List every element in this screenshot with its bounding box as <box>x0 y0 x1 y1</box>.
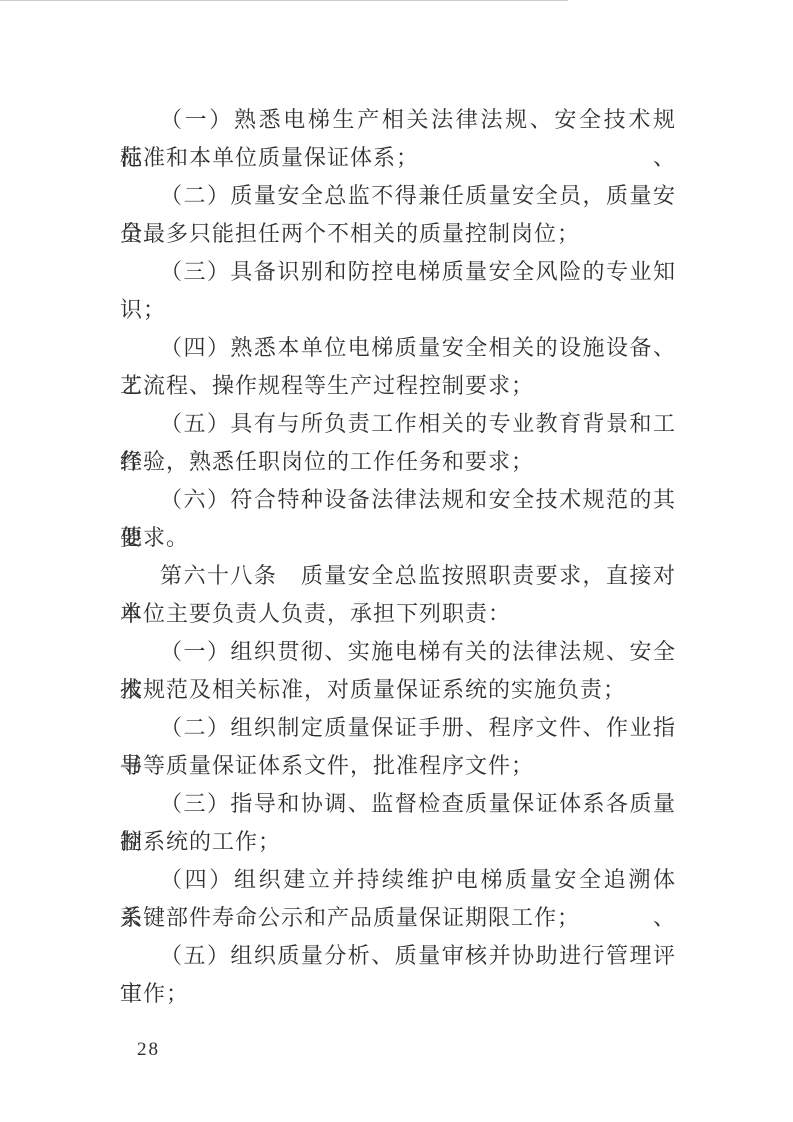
document-page: { "page": { "background": "#ffffff", "te… <box>0 0 793 1122</box>
text-line: 识； <box>120 291 676 329</box>
page-number: 28 <box>137 1036 160 1064</box>
text-line: （五）组织质量分析、质量审核并协助进行管理评审 <box>120 937 676 975</box>
text-line: （四）熟悉本单位电梯质量安全相关的设施设备、工 <box>120 329 676 367</box>
text-line: （四）组织建立并持续维护电梯质量安全追溯体系、 <box>120 861 676 899</box>
text-line: 第六十八条 质量安全总监按照职责要求，直接对本 <box>120 557 676 595</box>
text-line: （三）具备识别和防控电梯质量安全风险的专业知 <box>120 253 676 291</box>
text-line: 书等质量保证体系文件，批准程序文件； <box>120 747 676 785</box>
text-line: 工作； <box>120 975 676 1013</box>
text-line: 术规范及相关标准，对质量保证系统的实施负责； <box>120 671 676 709</box>
text-line: 单位主要负责人负责，承担下列职责： <box>120 595 676 633</box>
text-line: 制系统的工作； <box>120 823 676 861</box>
text-line: （五）具有与所负责工作相关的专业教育背景和工作 <box>120 405 676 443</box>
text-line: （二）组织制定质量保证手册、程序文件、作业指导 <box>120 709 676 747</box>
text-line: 经验，熟悉任职岗位的工作任务和要求； <box>120 443 676 481</box>
scan-edge-artifact <box>0 0 568 1</box>
text-line: 员最多只能担任两个不相关的质量控制岗位； <box>120 215 676 253</box>
text-line: 艺流程、操作规程等生产过程控制要求； <box>120 367 676 405</box>
text-line: （一）熟悉电梯生产相关法律法规、安全技术规范、 <box>120 101 676 139</box>
text-line: 要求。 <box>120 519 676 557</box>
text-block: （一）熟悉电梯生产相关法律法规、安全技术规范、标准和本单位质量保证体系；（二）质… <box>120 101 676 1013</box>
text-line: （六）符合特种设备法律法规和安全技术规范的其他 <box>120 481 676 519</box>
text-line: （三）指导和协调、监督检查质量保证体系各质量控 <box>120 785 676 823</box>
text-line: （二）质量安全总监不得兼任质量安全员，质量安全 <box>120 177 676 215</box>
text-line: （一）组织贯彻、实施电梯有关的法律法规、安全技 <box>120 633 676 671</box>
